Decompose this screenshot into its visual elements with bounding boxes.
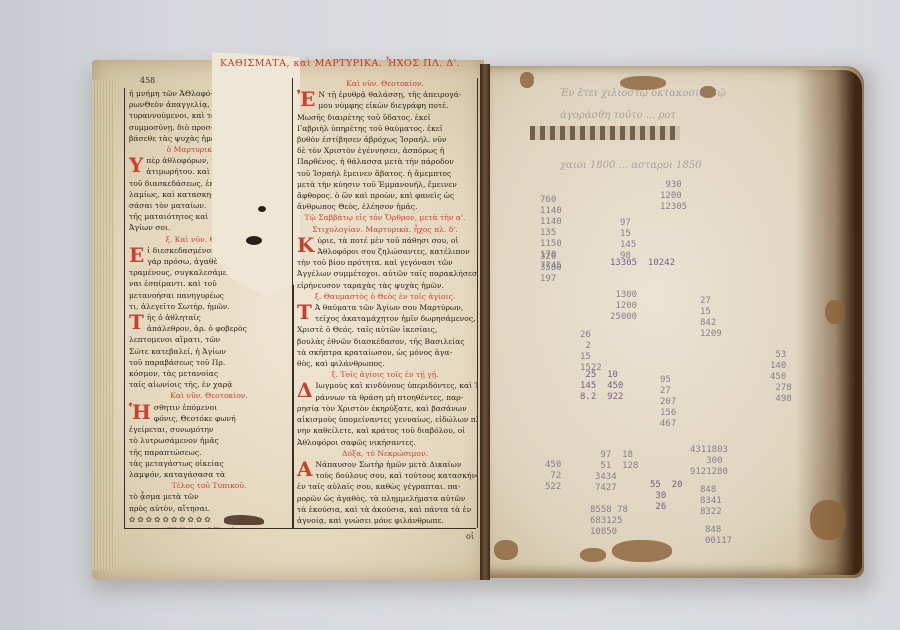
- text-line: τὰ σκῆπτρα κραταίωσον, ὡς μόνος ἀγα-: [297, 347, 473, 358]
- text-line: ρορῶν ὡς ἀγαθὸς, τὰ πλημμελήματα αὐτῶν: [297, 493, 473, 504]
- text-line: θὸς, καὶ φιλάνθρωπος.: [297, 358, 473, 369]
- pencil-sum: 450 72 522: [545, 460, 561, 493]
- text-line: ρησίᾳ τὸν Χριστὸν ἐκηρύξατε, καὶ βασάνων: [297, 403, 473, 414]
- text-line: λαμψόν, καταγάσασα τὰ: [129, 469, 289, 480]
- running-head: ΚΑΘΙΣΜΑΤΑ, καὶ ΜΑΡΤΥΡΙΚΑ. ἮΧΟΣ ΠΛ. Δ'.: [220, 58, 480, 69]
- pencil-sum: 320 3580 197: [540, 252, 562, 285]
- text-line: Ἀθλοφόροι σαφῶς νικήσαντες.: [297, 437, 473, 448]
- text-line: Τῆς ὁ ἀθληταῖς: [129, 312, 289, 323]
- pencil-sum: 97 18 51 128 3434 7427: [595, 450, 638, 494]
- pencil-sum: 848 00117: [705, 525, 732, 547]
- text-line: ἀπάλεθρον, ἀρ. ὁ φοβερὸς: [129, 323, 289, 334]
- text-line: τὰς μεταγάστως οἰκείας: [129, 458, 289, 469]
- text-line: Μωσῆς διαιρέτης τοῦ ὕδατος. ἐκεῖ: [297, 112, 473, 123]
- text-line: μετὰ τὴν κύησιν τοῦ Ἐμμανουήλ, ἔμεινεν: [297, 179, 473, 190]
- text-line: ἄνθρωπος Θεὸς, ἐλέησον ἡμᾶς.: [297, 201, 473, 212]
- page-number: 458: [140, 76, 155, 85]
- pencil-sum: 26 2 15 1522: [580, 330, 602, 374]
- pencil-sum: 8558 78 683125 10850: [590, 505, 628, 538]
- page-edges: [92, 80, 114, 570]
- rubric-line: ξ. Τοῖς ἁγίοις τοῖς ἐν τῇ γῇ.: [297, 369, 473, 380]
- text-line: τῆς παραπτώσεως.: [129, 447, 289, 458]
- handwritten-note: χαιοι 1800 ... ασταροι 1850: [560, 160, 702, 171]
- stain: [612, 540, 672, 562]
- stain: [810, 500, 846, 540]
- text-line: εἰρήνευσον ταραχὰς τὰς ψυχὰς ἡμῶν.: [297, 280, 473, 291]
- text-line: βυθὸν ἐστίβησεν ἀβρόχως Ἰσραήλ. νῦν: [297, 134, 473, 145]
- drop-cap: Ε: [129, 245, 144, 265]
- text-line: τὸ λυτρωσάμενον ἡμᾶς: [129, 435, 289, 446]
- rubric-line: Δόξα, τὸ Νεκρώσιμον.: [297, 448, 473, 459]
- rubric-line: Στιχολογίαν. Μαρτυρικὰ. ἦχος πλ. δ'.: [297, 224, 473, 235]
- torn-page-flap: [212, 52, 300, 302]
- text-line: τοῦ παραβάσεως τοῦ Πρ.: [129, 357, 289, 368]
- drop-cap: Κ: [297, 235, 314, 255]
- pencil-sum: 55 20 30 26: [650, 480, 683, 513]
- pencil-sum: 13305 10242: [610, 258, 675, 269]
- text-line: Γαβριὴλ ὑπηρέτης τοῦ θαύματος. ἐκεῖ: [297, 123, 473, 134]
- text-line: ΔΙωγμοὺς καὶ κινδύνους ὑπεριδόντες, καὶ …: [297, 380, 473, 391]
- text-line: φόνις, Θεοτόκε φωνή: [129, 413, 289, 424]
- text-line: τεῖχος ἀκαταμάχητον ἡμῖν δωρησάμενος,: [297, 313, 473, 324]
- right-text-column: Καὶ νῦν. Θεοτοκίον.ἘΝ τῇ ἐρυθρᾷ θαλάσσῃ,…: [292, 78, 478, 528]
- text-line: ταῖς αἰωνίοις τῆς, ἐν χαρᾷ: [129, 379, 289, 390]
- text-line: ράννων τὰ θράση μὴ πτοηθέντες, παρ-: [297, 392, 473, 403]
- drop-cap: Τ: [129, 312, 144, 332]
- text-line: Κύριε, τὰ ποτέ μὲν τοῦ πάθησι σου, οἱ: [297, 235, 473, 246]
- drop-cap: Τ: [297, 302, 312, 322]
- text-line: τὴν τοῦ βίου πρότητα. καὶ γεγόνασι τῶν: [297, 257, 473, 268]
- pencil-sum: 95 27 207 156 467: [660, 375, 676, 430]
- text-line: ἀγνοίᾳ, καὶ γνώσει μόνε φιλάνθρωπε.: [297, 515, 473, 526]
- pencil-sum: 930 1200 12305: [660, 180, 687, 213]
- text-line: Ἀγγέλων συμμέτοχοι. αὐτῶν ταῖς παρακλήσε…: [297, 268, 473, 279]
- text-line: Χριστὲ ὁ Θεός. ταῖς αὐτῶν ἱκεσίαις,: [297, 324, 473, 335]
- pencil-sum: 97 15 145 98: [620, 218, 636, 262]
- pencil-sum: 4311803 300 9121280: [690, 445, 728, 478]
- stain: [580, 548, 606, 562]
- stain: [494, 540, 518, 560]
- text-line: αἰκισμοὺς ὑπομείναντες γενναίως, εἰδώλων…: [297, 414, 473, 425]
- text-line: κόσμον, τὰς μετανοίας: [129, 368, 289, 379]
- text-line: ΑΝάπαυσον Σωτὴρ ἡμῶν μετὰ Δικαίων: [297, 459, 473, 470]
- bottom-rule: [124, 528, 476, 529]
- drop-cap: Ἡ: [129, 402, 151, 422]
- text-line: Παρθένος. ἡ θάλασσα μετὰ τὴν πάροδον: [297, 156, 473, 167]
- text-line: βουλὰς ἐθνῶν διασκέδασον, τῆς Βασιλείας: [297, 336, 473, 347]
- rubric-line: Τῷ Σαββάτῳ εἰς τὸν Ὄρθρον, μετὰ τὴν α'.: [297, 212, 473, 223]
- pencil-sum: 848 8341 8322: [700, 485, 722, 518]
- text-line: Ἀθλοφόροι σου ζηλώσαντες, κατέλιπον: [297, 246, 473, 257]
- tear-hole: [246, 236, 262, 245]
- text-line: τοῦ Ἰσραὴλ ἔμεινεν ἄβατος. ἡ ἄμεμπτος: [297, 168, 473, 179]
- drop-cap: Α: [297, 459, 313, 479]
- text-line: ✿✿✿✿✿✿✿✿✿✿: [129, 514, 289, 525]
- drop-cap: Υ: [129, 155, 143, 175]
- pencil-sum: 27 15 842 1209: [700, 296, 722, 340]
- tear-hole: [258, 206, 266, 212]
- text-line: τι, ἀλεγεῖτο Σωτὴρ, ἡμῶν.: [129, 301, 289, 312]
- pencil-sum: 1300 1200 25000: [610, 290, 637, 323]
- text-line: ΤἈ θαύματα τῶν Ἁγίων σου Μαρτύρων,: [297, 302, 473, 313]
- text-line: πρὸς αὐτὸν, αἴτησαι.: [129, 503, 289, 514]
- pencil-sum: 53 140 450 278 498: [770, 350, 792, 405]
- text-line: ἄφθορος. ὁ ὢν καὶ προὼν, καὶ φανεὶς ὡς: [297, 190, 473, 201]
- folio-mark: οἱ: [466, 532, 474, 541]
- decorative-band: [530, 126, 680, 140]
- text-line: τὸ ᾆσμα μετὰ τῶν: [129, 491, 289, 502]
- text-line: τὰ ἑκούσια, καὶ τὰ ἀκούσια, καὶ πάντα τὰ…: [297, 504, 473, 515]
- stain: [825, 300, 845, 324]
- drop-cap: Ἐ: [297, 89, 315, 109]
- book-spine-gutter: [480, 64, 490, 580]
- tear-hole: [224, 515, 264, 525]
- text-line: ἐν ταῖς αὐλαῖς σου, καθὼς γέγραπται. πα-: [297, 481, 473, 492]
- handwritten-note: ἀγοράσθη τοῦτο ... ροτ: [560, 110, 676, 121]
- rubric-line: Τέλος τοῦ Τυπικοῦ.: [129, 480, 289, 491]
- text-line: Ἡσθητιν ἐπόμενοι: [129, 402, 289, 413]
- text-line: λεπτομενοι αἵματι, τῶν: [129, 334, 289, 345]
- text-line: δὲ τὸν Χριστὸν ἐγέννησεν, ἀσπόρως ἡ: [297, 145, 473, 156]
- stain: [520, 72, 534, 88]
- text-line: τοὺς δούλους σου, καὶ τούτους κατασκήνωσ…: [297, 470, 473, 481]
- text-line: νην καθείλετε, καὶ κράτος τοῦ διαβόλου, …: [297, 425, 473, 436]
- drop-cap: Δ: [297, 380, 313, 400]
- rubric-line: ξ. Θαυμαστὸς ὁ Θεὸς ἐν τοῖς ἁγίοις.: [297, 291, 473, 302]
- pencil-sum: 25 10 145 450 8.2 922: [580, 370, 623, 403]
- text-line: Σώτε κατεβαλεῖ, ἡ Ἁγίων: [129, 346, 289, 357]
- text-line: μου νύμφης εἰκὼν διεγράφη ποτέ.: [297, 100, 473, 111]
- text-line: ἐγείρεται, συνωμότην: [129, 424, 289, 435]
- text-line: ἘΝ τῇ ἐρυθρᾷ θαλάσσῃ, τῆς ἀπειρογά-: [297, 89, 473, 100]
- handwritten-note: Ἐν ἔτει χιλιοστῷ ὀκτακοσιοστῷ: [560, 88, 726, 99]
- rubric-line: Καὶ νῦν. Θεοτοκίον.: [297, 78, 473, 89]
- rubric-line: Καὶ νῦν. Θεοτοκίον.: [129, 390, 289, 401]
